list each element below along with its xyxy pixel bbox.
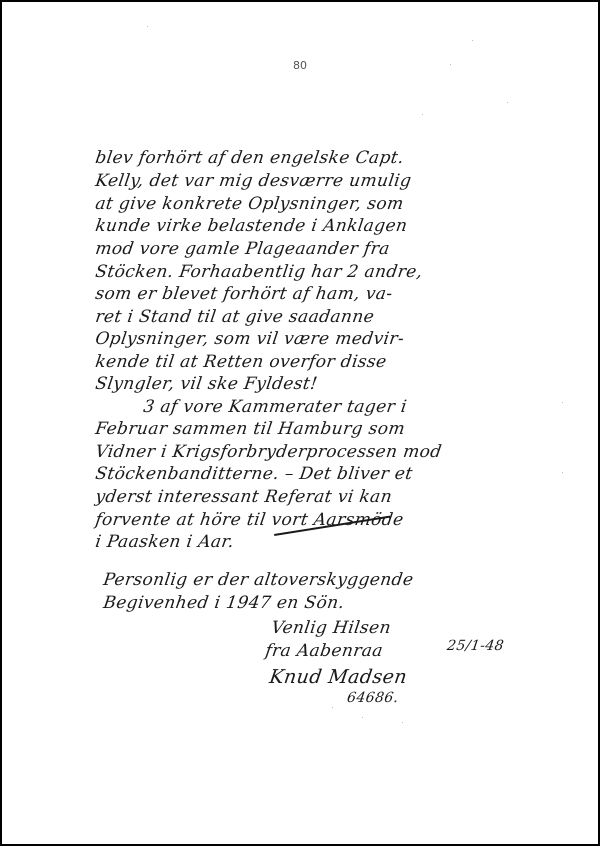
scan-speck <box>422 114 423 115</box>
scan-speck <box>507 102 508 103</box>
letter-line: Oplysninger, som vil være medvir- <box>94 329 405 349</box>
letter-line: blev forhört af den engelske Capt. <box>94 148 405 168</box>
scan-speck <box>147 26 148 27</box>
scan-speck <box>562 472 563 473</box>
letter-line: kunde virke belastende i Anklagen <box>94 216 409 236</box>
scan-speck <box>450 64 451 65</box>
letter-line: kende til at Retten overfor disse <box>94 352 388 372</box>
page-number: 80 <box>2 59 598 72</box>
scan-speck <box>472 40 473 41</box>
letter-line: som er blevet forhört af ham, va- <box>94 284 394 304</box>
letter-line: Slyngler, vil ske Fyldest! <box>94 374 319 394</box>
letter-line: ret i Stand til at give saadanne <box>94 307 376 327</box>
letter-line: Kelly, det var mig desværre umulig <box>94 171 413 191</box>
scan-speck <box>362 717 363 718</box>
letter-line: Stöcken. Forhaabentlig har 2 andre, <box>94 262 424 282</box>
scan-speck <box>402 722 403 723</box>
letter-line: Februar sammen til Hamburg som <box>94 419 406 439</box>
letter-line: at give konkrete Oplysninger, som <box>94 194 405 214</box>
letter-line: i Paasken i Aar. <box>94 532 235 552</box>
signature-name: Knud Madsen <box>268 666 409 688</box>
signature-greeting: Venlig Hilsen <box>270 618 392 638</box>
letter-line: yderst interessant Referat vi kan <box>94 487 393 507</box>
letter-line: 3 af vore Kammerater tager i <box>142 397 408 417</box>
signature-date: 25/1-48 <box>446 638 505 654</box>
signature-number: 64686. <box>346 690 400 706</box>
signature-place: fra Aabenraa <box>264 641 384 661</box>
letter-line: mod vore gamle Plageaander fra <box>94 239 391 259</box>
closing-line: Begivenhed i 1947 en Sön. <box>102 593 346 613</box>
scan-speck <box>562 402 563 403</box>
closing-line: Personlig er der altoverskyggende <box>102 570 415 590</box>
scan-speck <box>332 707 333 708</box>
document-page: 80 blev forhört af den engelske Capt.Kel… <box>2 2 598 844</box>
letter-line: Stöckenbanditterne. – Det bliver et <box>94 464 414 484</box>
letter-line: Vidner i Krigsforbryderprocessen mod <box>94 442 443 462</box>
